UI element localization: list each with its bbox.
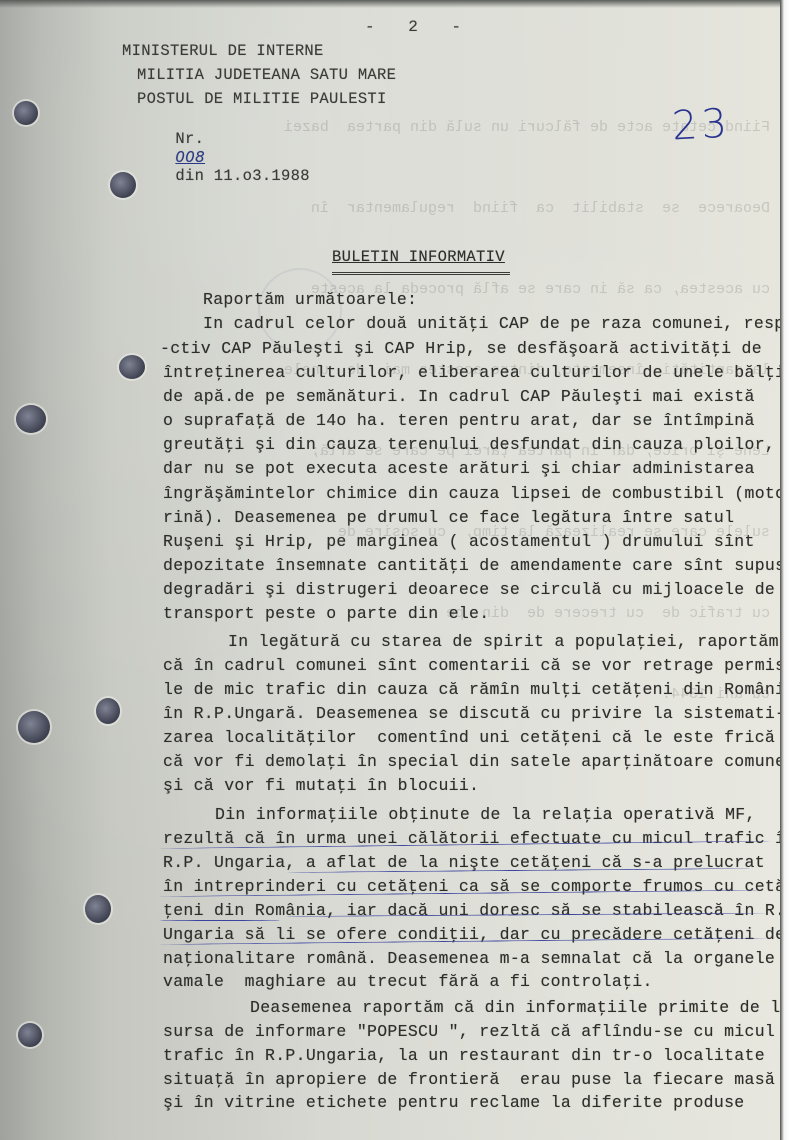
body-line: -ctiv CAP Păuleşti şi CAP Hrip, se desfă… <box>160 339 762 358</box>
body-line: îngrăşămintelor chimice din cauza lipsei… <box>163 484 790 503</box>
body-line: şi în vitrine etichete pentru reclame la… <box>163 1093 745 1112</box>
header-date: din 11.o3.1988 <box>175 167 309 185</box>
punch-hole <box>85 895 111 923</box>
body-line: că vor fi demolaţi în special din satele… <box>163 752 790 771</box>
header-ministry: MINISTERUL DE INTERNE <box>122 42 324 60</box>
header-post: POSTUL DE MILITIE PAULESTI <box>137 90 387 108</box>
punch-hole <box>18 1023 42 1047</box>
body-line: întreţinerea culturilor, eliberarea cult… <box>163 363 790 382</box>
punch-hole <box>110 172 136 198</box>
body-line: depozitate însemnate cantităţi de amenda… <box>163 556 790 575</box>
document-page: Fiind cetate acte de fălcuri un sulă din… <box>0 0 780 1140</box>
page-number: - 2 - <box>365 18 473 36</box>
body-line: Ruşeni şi Hrip, pe marginea ( acostament… <box>163 532 755 551</box>
body-line: trafic în R.P.Ungaria, la un restaurant … <box>163 1046 765 1065</box>
body-line: de apă.de pe semănături. In cadrul CAP P… <box>163 387 755 406</box>
header-county: MILITIA JUDETEANA SATU MARE <box>137 66 396 84</box>
nr-value: 008 <box>175 148 205 166</box>
body-line: Din informaţiile obţinute de la relaţia … <box>215 805 756 824</box>
body-line: In cadrul celor două unităţi CAP de pe r… <box>203 314 790 333</box>
body-line: greutăţi şi din cauza terenului desfunda… <box>163 435 790 454</box>
header-registration: Nr. 008 din 11.o3.1988 <box>137 112 310 203</box>
body-line: le de mic trafic din cauza că rămîn mulţ… <box>163 680 790 699</box>
punch-hole <box>119 355 145 379</box>
body-line: rină). Deasemenea pe drumul ce face legă… <box>163 508 734 527</box>
body-line: sursa de informare "POPESCU ", rezltă că… <box>163 1022 775 1041</box>
punch-hole <box>14 101 38 125</box>
pen-underline <box>160 920 280 921</box>
punch-hole <box>16 405 46 433</box>
archive-number: 23 <box>671 100 732 149</box>
punch-hole <box>96 698 120 724</box>
body-line: o suprafaţă de 14o ha. teren pentru arat… <box>163 411 755 430</box>
document-title: BULETIN INFORMATIV <box>332 248 505 266</box>
body-line: vamale maghiare au trecut fără a fi cont… <box>163 972 653 991</box>
punch-hole <box>18 711 50 743</box>
body-line: ţeni din România, iar dacă uni doresc să… <box>163 901 790 920</box>
nr-label: Nr. <box>175 130 204 148</box>
body-line: transport peste o parte din ele. <box>163 604 489 623</box>
body-line: rezultă că în urma unei călătorii efectu… <box>163 829 790 848</box>
body-line: Deasemenea raportăm că din informaţiile … <box>250 998 790 1017</box>
body-line: zarea localităţilor comentînd uni cetăţe… <box>163 728 775 747</box>
body-line: în R.P.Ungară. Deasemenea se discută cu … <box>163 704 785 723</box>
body-line: Raportăm următoarele: <box>203 290 417 309</box>
body-line: degradări şi distrugeri deoarece se circ… <box>163 580 775 599</box>
body-line: că în cadrul comunei sînt comentarii că … <box>163 656 790 675</box>
body-line: In legătură cu starea de spirit a popula… <box>228 632 790 651</box>
title-double-underline <box>332 272 510 275</box>
body-line: situaţă în apropiere de frontieră erau p… <box>163 1070 775 1089</box>
body-line: dar nu se pot executa aceste arături şi … <box>163 459 755 478</box>
body-line: şi că vor fi mutaţi în blocuii. <box>163 776 479 795</box>
body-line: naţionalitare română. Deasemenea m-a sem… <box>163 949 775 968</box>
paper-edge <box>780 0 790 1140</box>
